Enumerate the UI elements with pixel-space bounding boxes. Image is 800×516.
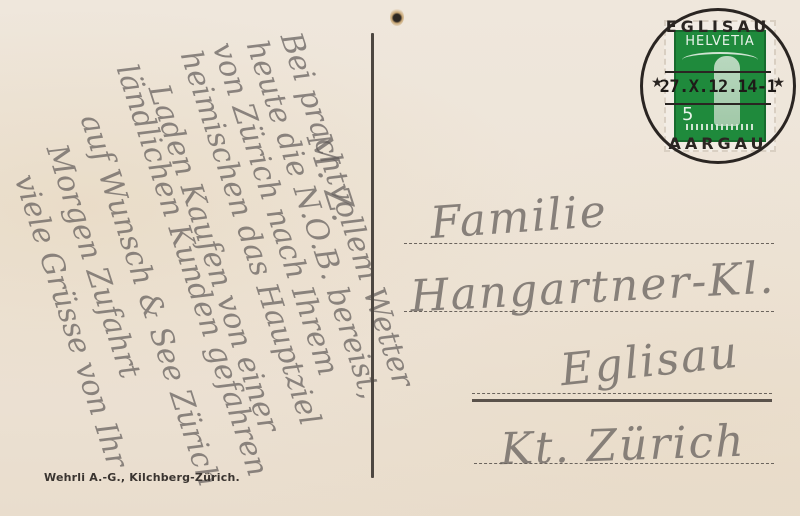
address-line-4: Kt. Zürich: [499, 416, 746, 476]
address-rule-4: [474, 463, 774, 464]
address-rule-2: [404, 311, 774, 312]
address-rule-1: [404, 243, 774, 244]
address-line-3: Eglisau: [558, 327, 742, 396]
address-line-2: Hangartner-Kl.: [409, 252, 776, 322]
postmark-date: 27.X.12.14-1: [643, 77, 793, 97]
pin-hole: [390, 8, 404, 26]
address-line-1: Familie: [428, 186, 609, 249]
publisher-imprint: Wehrli A.-G., Kilchberg-Zürich.: [44, 471, 240, 484]
address-rule-3: [472, 393, 772, 394]
address-rule-3-solid: [472, 399, 772, 402]
postmark-town-bottom: AARGAU: [643, 134, 793, 153]
postmark-bar-bottom: [665, 103, 771, 105]
postmark-date-text: 27.X.12.14-: [660, 77, 767, 97]
postmark-star-icon: ★: [772, 75, 785, 91]
postmark-cancellation: EGLISAU ★ 27.X.12.14-1 ★ AARGAU: [640, 8, 796, 164]
postmark-town-top: EGLISAU: [643, 17, 793, 36]
postcard-back: M. Z. Bei prachtvollem Wetter heute die …: [0, 0, 800, 516]
center-divider: [371, 33, 374, 478]
message-area: M. Z. Bei prachtvollem Wetter heute die …: [0, 0, 370, 516]
postmark-bar-top: [665, 71, 771, 73]
